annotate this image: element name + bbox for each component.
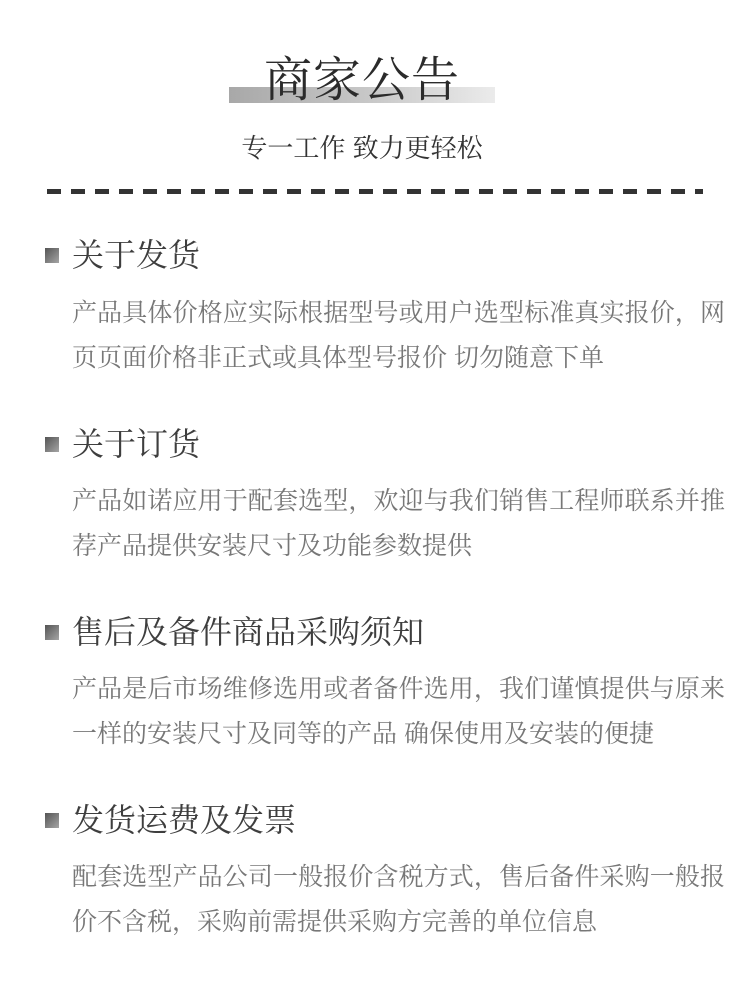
page-subtitle: 专一工作 致力更轻松 <box>0 132 737 166</box>
section-ordering: 关于订货 产品如诺应用于配套选型，欢迎与我们销售工程师联系并推荐产品提供安装尺寸… <box>45 423 725 569</box>
page-title: 商家公告 <box>264 52 460 110</box>
announcement-header: 商家公告 专一工作 致力更轻松 <box>0 0 737 165</box>
square-bullet-icon <box>45 437 59 452</box>
section-title: 关于订货 <box>72 423 200 466</box>
square-bullet-icon <box>45 248 59 263</box>
section-body: 产品是后市场维修选用或者备件选用，我们谨慎提供与原来一样的安装尺寸及同等的产品 … <box>72 667 725 757</box>
section-title: 关于发货 <box>72 234 200 277</box>
section-body: 产品具体价格应实际根据型号或用户选型标准真实报价，网页页面价格非正式或具体型号报… <box>72 291 725 381</box>
section-heading-row: 关于订货 <box>45 423 725 466</box>
square-bullet-icon <box>45 813 59 828</box>
square-bullet-icon <box>45 625 59 640</box>
section-aftersales-notice: 售后及备件商品采购须知 产品是后市场维修选用或者备件选用，我们谨慎提供与原来一样… <box>45 611 725 757</box>
section-title: 售后及备件商品采购须知 <box>72 611 424 654</box>
section-heading-row: 售后及备件商品采购须知 <box>45 611 725 654</box>
announcement-page: 商家公告 专一工作 致力更轻松 关于发货 产品具体价格应实际根据型号或用户选型标… <box>0 0 750 1004</box>
section-body: 配套选型产品公司一般报价含税方式，售后备件采购一般报价不含税，采购前需提供采购方… <box>72 855 725 945</box>
title-wrap: 商家公告 <box>264 52 460 110</box>
section-title: 发货运费及发票 <box>72 799 296 842</box>
section-body: 产品如诺应用于配套选型，欢迎与我们销售工程师联系并推荐产品提供安装尺寸及功能参数… <box>72 479 725 569</box>
announcement-content: 关于发货 产品具体价格应实际根据型号或用户选型标准真实报价，网页页面价格非正式或… <box>0 194 750 945</box>
section-heading-row: 关于发货 <box>45 234 725 277</box>
section-freight-invoice: 发货运费及发票 配套选型产品公司一般报价含税方式，售后备件采购一般报价不含税，采… <box>45 799 725 945</box>
section-heading-row: 发货运费及发票 <box>45 799 725 842</box>
section-shipping: 关于发货 产品具体价格应实际根据型号或用户选型标准真实报价，网页页面价格非正式或… <box>45 234 725 380</box>
